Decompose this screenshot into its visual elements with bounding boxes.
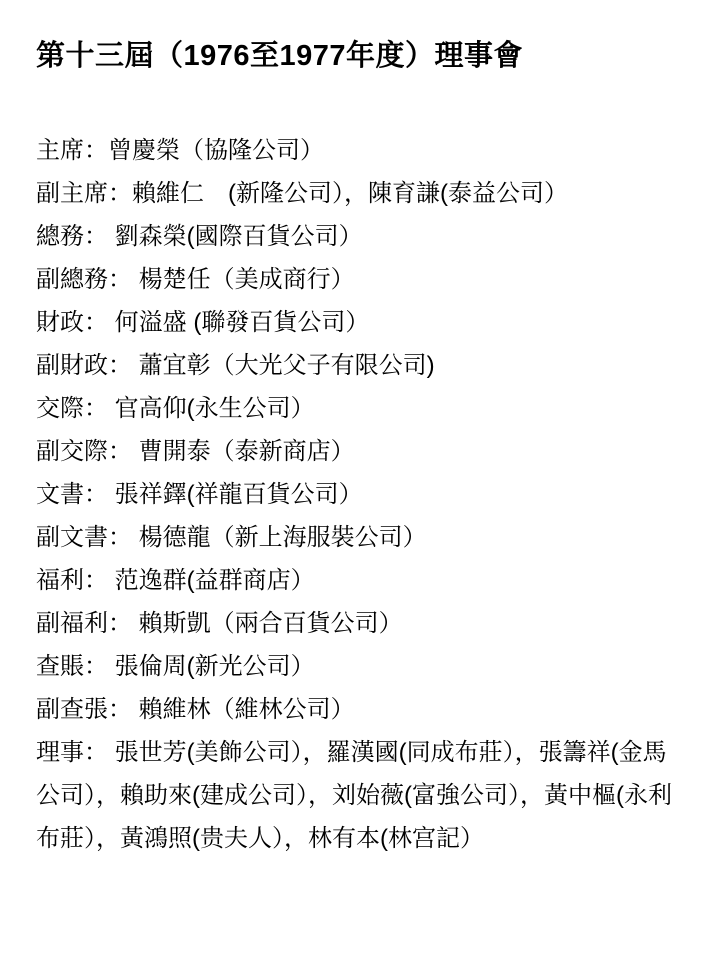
roster-line-deputy-general-affairs: 副總務： 楊楚任（美成商行）	[36, 258, 684, 301]
document-page: 第十三屆（1976至1977年度）理事會 主席：曾慶榮（協隆公司） 副主席：賴維…	[0, 0, 720, 960]
roster-line-deputy-welfare: 副福利： 賴斯凱（兩合百貨公司）	[36, 602, 684, 645]
roster-line-deputy-treasurer: 副財政： 蕭宜彰（大光父子有限公司)	[36, 344, 684, 387]
roster-line-welfare: 福利： 范逸群(益群商店）	[36, 559, 684, 602]
roster-line-auditor: 查賬： 張倫周(新光公司）	[36, 645, 684, 688]
roster-line-vice-chairman: 副主席：賴維仁 (新隆公司），陳育謙(泰益公司）	[36, 172, 684, 215]
roster-line-directors: 理事： 張世芳(美飾公司），羅漢國(同成布莊），張籌祥(金馬公司），賴助來(建成…	[36, 731, 684, 860]
roster-line-liaison: 交際： 官高仰(永生公司）	[36, 387, 684, 430]
roster-line-chairman: 主席：曾慶榮（協隆公司）	[36, 129, 684, 172]
roster-line-deputy-auditor: 副查張： 賴維林（維林公司）	[36, 688, 684, 731]
roster-line-deputy-secretary: 副文書： 楊德龍（新上海服裝公司）	[36, 516, 684, 559]
roster-line-general-affairs: 總務： 劉森榮(國際百貨公司）	[36, 215, 684, 258]
roster-line-treasurer: 財政： 何溢盛 (聯發百貨公司）	[36, 301, 684, 344]
committee-roster: 主席：曾慶榮（協隆公司） 副主席：賴維仁 (新隆公司），陳育謙(泰益公司） 總務…	[36, 129, 684, 860]
roster-line-secretary: 文書： 張祥鐸(祥龍百貨公司）	[36, 473, 684, 516]
roster-line-deputy-liaison: 副交際： 曹開泰（泰新商店）	[36, 430, 684, 473]
page-title: 第十三屆（1976至1977年度）理事會	[36, 38, 684, 74]
